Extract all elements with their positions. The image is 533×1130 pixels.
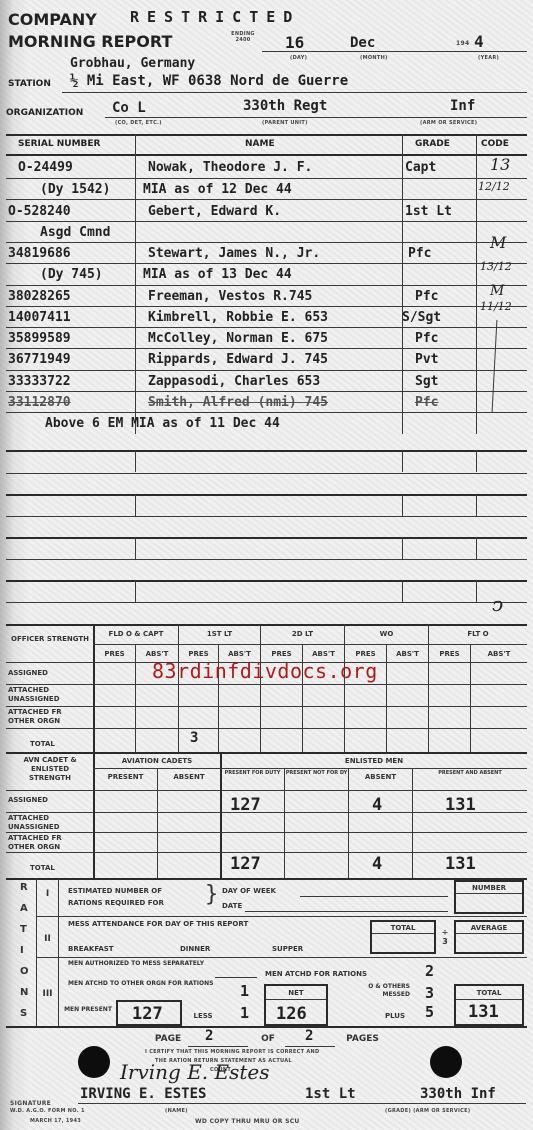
- officer-group-flt-o: FLT O: [429, 630, 527, 639]
- station-value: ½ Mi East, WF 0638 Nord de Guerre: [70, 73, 348, 89]
- serial-number: O-24499: [18, 160, 73, 175]
- watermark-text: 83rdinfdivdocs.org: [152, 659, 378, 683]
- soldier-name: Nowak, Theodore J. F.: [148, 160, 312, 175]
- copy-note: WD COPY THRU MRU OR SCU: [195, 1118, 300, 1125]
- rations-total-box: TOTAL 131: [454, 984, 524, 1026]
- grade: Pfc: [415, 289, 438, 304]
- code-handwritten: M: [490, 233, 506, 252]
- organization-label: ORGANIZATION: [6, 108, 83, 118]
- soldier-name: Smith, Alfred (nmi) 745: [148, 395, 328, 410]
- ending-label: ENDING 2400: [228, 31, 258, 43]
- col-name: NAME: [245, 139, 275, 149]
- certification-line-1: I CERTIFY THAT THIS MORNING REPORT IS CO…: [145, 1049, 319, 1055]
- plus-value: 5: [425, 1003, 434, 1021]
- of-label: OF: [258, 1035, 278, 1044]
- assignment-note: Asgd Cmnd: [40, 225, 110, 240]
- month-caption: (MONTH): [360, 55, 388, 61]
- officer-group-2d-lt: 2D LT: [261, 630, 344, 639]
- report-year: 4: [474, 32, 484, 51]
- serial-number: 33112870: [8, 395, 71, 410]
- org-unit: 330th Regt: [243, 98, 327, 114]
- form-id: W.D. A.G.O. FORM NO. 1: [10, 1108, 85, 1114]
- grade: Pfc: [408, 246, 431, 261]
- number-label: NUMBER: [456, 884, 522, 893]
- row-attached-other: ATTACHED FR OTHER ORGN: [8, 708, 88, 726]
- atchd-for-rations-value: 2: [425, 962, 434, 980]
- total-absent: 4: [372, 854, 382, 874]
- grade: S/Sgt: [402, 310, 441, 325]
- report-month: Dec: [350, 35, 375, 51]
- soldier-name: Freeman, Vestos R.745: [148, 289, 312, 304]
- col-em-absent: ABSENT: [349, 773, 412, 782]
- aviation-cadets-header: AVIATION CADETS: [94, 757, 220, 766]
- officer-strength-title: OFFICER STRENGTH: [10, 635, 90, 644]
- row-attached-unassigned: ATTACHED UNASSIGNED: [8, 814, 88, 832]
- atchd-other-label: MEN ATCHD TO OTHER ORGN FOR RATIONS: [68, 980, 218, 988]
- total-present-for-duty: 127: [230, 854, 261, 874]
- others-messed-value: 3: [425, 984, 434, 1002]
- century-label: 194: [456, 40, 469, 47]
- sub-pres: PRES: [429, 650, 470, 659]
- sub-abst: ABS'T: [136, 650, 178, 659]
- divide-by-3: ÷ 3: [438, 928, 452, 946]
- dinner-label: DINNER: [180, 945, 230, 954]
- serial-number: O-528240: [8, 204, 71, 219]
- org-arm: Inf: [450, 98, 475, 114]
- serial-number: 38028265: [8, 289, 71, 304]
- col-code: CODE: [481, 139, 509, 149]
- day-of-week-label: DAY OF WEEK: [222, 887, 302, 896]
- section-iii-num: III: [37, 990, 58, 999]
- row-attached-unassigned: ATTACHED UNASSIGNED: [8, 686, 88, 704]
- average-label: AVERAGE: [456, 924, 522, 933]
- org-company: Co L: [112, 100, 146, 116]
- duty-note: (Dy 745): [40, 267, 103, 282]
- total-pages: 2: [305, 1028, 313, 1044]
- sub-abst: ABS'T: [471, 650, 527, 659]
- serial-number: 34819686: [8, 246, 71, 261]
- sub-pres: PRES: [179, 650, 218, 659]
- col-grade: GRADE: [415, 139, 450, 149]
- total-label: TOTAL: [372, 924, 434, 933]
- sub-pres: PRES: [345, 650, 386, 659]
- average-box: AVERAGE: [454, 920, 524, 954]
- report-title: MORNING REPORT: [8, 32, 172, 51]
- handwritten-mark: ↄ: [492, 592, 503, 616]
- sub-pres: PRES: [94, 650, 135, 659]
- men-present-label: MEN PRESENT: [62, 1006, 114, 1014]
- pages-label: PAGES: [340, 1035, 385, 1044]
- mess-attendance-label: MESS ATTENDANCE FOR DAY OF THIS REPORT: [68, 920, 348, 929]
- grade: Pfc: [415, 395, 438, 410]
- org-arm-caption: (ARM OR SERVICE): [420, 120, 477, 126]
- year-caption: (YEAR): [478, 55, 499, 61]
- section-ii-num: II: [37, 935, 58, 944]
- col-present-and-absent: PRESENT AND ABSENT: [413, 770, 527, 777]
- net-value: 126: [276, 1004, 307, 1024]
- rations-letter: T: [20, 924, 27, 935]
- soldier-name: Gebert, Edward K.: [148, 204, 281, 219]
- serial-number: 36771949: [8, 352, 71, 367]
- sub-pres: PRES: [261, 650, 302, 659]
- signer-unit: 330th Inf: [420, 1086, 496, 1102]
- enlisted-men-header: ENLISTED MEN: [221, 757, 527, 766]
- grade: Capt: [405, 160, 436, 175]
- mess-separately-label: MEN AUTHORIZED TO MESS SEPARATELY: [68, 960, 268, 968]
- section-i-num: I: [37, 890, 58, 899]
- less-label: LESS: [188, 1012, 218, 1021]
- atchd-for-rations-label: MEN ATCHD FOR RATIONS: [265, 970, 415, 979]
- row-attached-other: ATTACHED FR OTHER ORGN: [8, 834, 88, 852]
- sub-abst: ABS'T: [387, 650, 428, 659]
- row-assigned: ASSIGNED: [8, 796, 88, 805]
- total-1st-lt-present: 3: [190, 730, 198, 746]
- page-number: 2: [205, 1028, 213, 1044]
- code-handwritten: 13/12: [480, 260, 512, 273]
- row-assigned: ASSIGNED: [8, 669, 88, 678]
- serial-number: 14007411: [8, 310, 71, 325]
- grade-caption: (GRADE) (ARM OR SERVICE): [385, 1108, 470, 1114]
- status-note: MIA as of 12 Dec 44: [143, 182, 292, 197]
- soldier-name: Rippards, Edward J. 745: [148, 352, 328, 367]
- grade: Pvt: [415, 352, 438, 367]
- report-day: 16: [285, 33, 304, 52]
- col-present-not-for-duty: PRESENT NOT FOR DY: [285, 770, 348, 777]
- soldier-name: Kimbrell, Robbie E. 653: [148, 310, 328, 325]
- breakfast-label: BREAKFAST: [68, 945, 128, 954]
- atchd-other-value: 1: [240, 982, 249, 1000]
- rations-est-label: ESTIMATED NUMBER OF: [68, 887, 218, 896]
- net-label: NET: [266, 989, 326, 998]
- rations-letter: R: [20, 882, 28, 893]
- location-line: Grobhau, Germany: [70, 56, 195, 71]
- code-handwritten: M: [490, 283, 504, 299]
- station-label: STATION: [8, 79, 51, 89]
- row-total: TOTAL: [30, 740, 80, 749]
- net-box: NET 126: [264, 984, 328, 1026]
- grade: Sgt: [415, 374, 438, 389]
- serial-number: 35899589: [8, 331, 71, 346]
- officer-group-1st-lt: 1ST LT: [179, 630, 260, 639]
- rations-letter: A: [20, 903, 28, 914]
- grade: 1st Lt: [405, 204, 452, 219]
- col-cadets-present: PRESENT: [94, 773, 157, 782]
- sub-abst: ABS'T: [303, 650, 344, 659]
- men-present-value: 127: [132, 1004, 163, 1024]
- serial-number: 33333722: [8, 374, 71, 389]
- others-messed-label: O & OTHERS MESSED: [340, 983, 410, 999]
- soldier-name: Stewart, James N., Jr.: [148, 246, 320, 261]
- date-label: DATE: [222, 902, 262, 911]
- signer-grade: 1st Lt: [305, 1086, 356, 1102]
- officer-group-fld-capt: FLD O & CAPT: [94, 630, 178, 639]
- page-label: PAGE: [153, 1035, 183, 1044]
- col-present-for-duty: PRESENT FOR DUTY: [221, 770, 284, 777]
- enlisted-strength-title: AVN CADET & ENLISTED STRENGTH: [10, 756, 90, 783]
- roster-remark: Above 6 EM MIA as of 11 Dec 44: [45, 416, 280, 431]
- org-company-caption: (CO, DET, ETC.): [115, 120, 162, 126]
- less-value: 1: [240, 1004, 249, 1022]
- rations-letter: I: [20, 945, 24, 956]
- row-total: TOTAL: [30, 864, 80, 873]
- rations-req-label: RATIONS REQUIRED FOR: [68, 899, 218, 908]
- soldier-name: Zappasodi, Charles 653: [148, 374, 320, 389]
- morning-report-document: COMPANY RESTRICTED MORNING REPORT ENDING…: [0, 0, 533, 1130]
- signer-name: IRVING E. ESTES: [80, 1086, 206, 1102]
- col-cadets-absent: ABSENT: [158, 773, 220, 782]
- code-handwritten: 12/12: [478, 180, 510, 193]
- grade: Pfc: [415, 331, 438, 346]
- rations-total-label: TOTAL: [456, 989, 522, 998]
- punch-hole-right: [430, 1046, 462, 1078]
- day-caption: (DAY): [290, 55, 307, 61]
- status-note: MIA as of 13 Dec 44: [143, 267, 292, 282]
- number-box: NUMBER: [454, 880, 524, 914]
- duty-note: (Dy 1542): [40, 182, 110, 197]
- supper-label: SUPPER: [272, 945, 322, 954]
- officer-group-wo: WO: [345, 630, 428, 639]
- code-handwritten: 13: [490, 155, 510, 174]
- col-serial-number: SERIAL NUMBER: [18, 139, 100, 149]
- rations-total-value: 131: [468, 1002, 499, 1022]
- name-caption: (NAME): [165, 1108, 188, 1114]
- signature-label: SIGNATURE: [10, 1100, 51, 1107]
- sub-abst: ABS'T: [219, 650, 260, 659]
- code-handwritten: 11/12: [480, 300, 512, 313]
- classification-stamp: RESTRICTED: [130, 8, 300, 26]
- form-date: MARCH 17, 1943: [30, 1118, 81, 1124]
- soldier-name: McColley, Norman E. 675: [148, 331, 328, 346]
- handwritten-signature: Irving E. Estes: [120, 1060, 270, 1084]
- rations-letter: O: [20, 966, 29, 977]
- org-unit-caption: (PARENT UNIT): [262, 120, 308, 126]
- punch-hole-left: [78, 1046, 110, 1078]
- rations-letter: N: [20, 987, 28, 998]
- total-box: TOTAL: [370, 920, 436, 954]
- rations-letter: S: [20, 1008, 27, 1019]
- total-present-and-absent: 131: [445, 854, 476, 874]
- plus-label: PLUS: [380, 1012, 410, 1021]
- men-present-box: 127: [116, 1000, 182, 1026]
- company-label: COMPANY: [8, 10, 97, 29]
